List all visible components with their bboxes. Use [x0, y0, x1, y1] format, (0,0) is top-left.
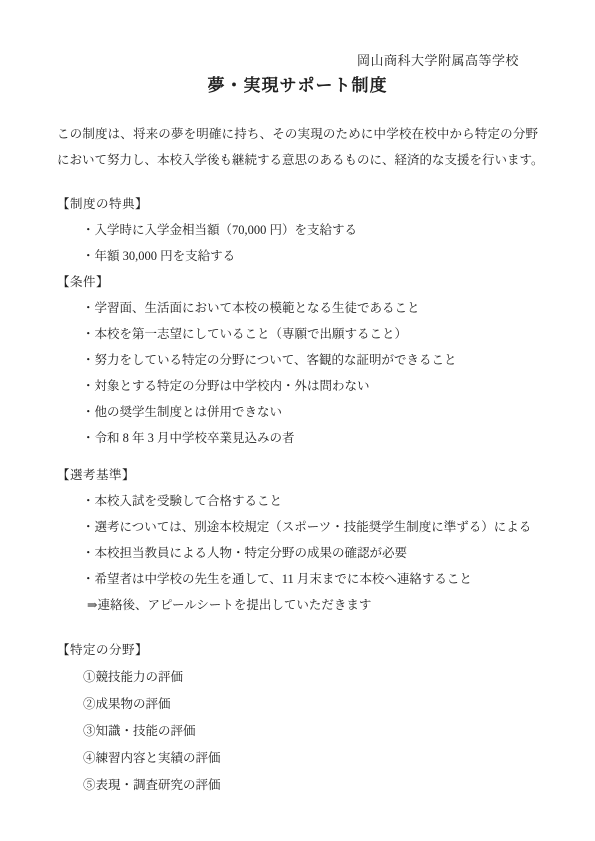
selection-item: ・希望者は中学校の先生を通して、11 月末までに本校へ連絡すること	[57, 566, 557, 592]
fields-item: ①競技能力の評価	[57, 664, 557, 691]
conditions-item: ・努力をしている特定の分野について、客観的な証明ができること	[57, 347, 557, 373]
section-benefits-and-conditions: 【制度の特典】 ・入学時に入学金相当額（70,000 円）を支給する ・年額 3…	[57, 191, 557, 451]
header-school-name: 岡山商科大学附属高等学校	[357, 50, 519, 69]
conditions-item: ・他の奨学生制度とは併用できない	[57, 399, 557, 425]
selection-item: ・本校入試を受験して合格すること	[57, 488, 557, 514]
section-heading-conditions: 【条件】	[57, 269, 557, 295]
section-heading-fields: 【特定の分野】	[57, 637, 557, 664]
section-specific-fields: 【特定の分野】 ①競技能力の評価 ②成果物の評価 ③知識・技能の評価 ④練習内容…	[57, 637, 557, 799]
section-selection-criteria: 【選考基準】 ・本校入試を受験して合格すること ・選考については、別途本校規定（…	[57, 462, 557, 618]
document-page: 岡山商科大学附属高等学校 夢・実現サポート制度 この制度は、将来の夢を明確に持ち…	[0, 0, 595, 841]
intro-line-1: この制度は、将来の夢を明確に持ち、その実現のために中学校在校中から特定の分野	[57, 121, 538, 147]
benefits-item: ・年額 30,000 円を支給する	[57, 243, 557, 269]
selection-followup-note: ⇒連絡後、アピールシートを提出していただきます	[57, 592, 557, 618]
document-title: 夢・実現サポート制度	[0, 71, 595, 96]
conditions-item: ・本校を第一志望にしていること（専願で出願すること）	[57, 321, 557, 347]
intro-paragraph: この制度は、将来の夢を明確に持ち、その実現のために中学校在校中から特定の分野 に…	[57, 121, 538, 173]
fields-item: ②成果物の評価	[57, 691, 557, 718]
section-heading-benefits: 【制度の特典】	[57, 191, 557, 217]
conditions-item: ・令和 8 年 3 月中学校卒業見込みの者	[57, 425, 557, 451]
selection-item: ・本校担当教員による人物・特定分野の成果の確認が必要	[57, 540, 557, 566]
conditions-item: ・学習面、生活面において本校の模範となる生徒であること	[57, 295, 557, 321]
selection-item: ・選考については、別途本校規定（スポーツ・技能奨学生制度に準ずる）による	[57, 514, 557, 540]
benefits-item: ・入学時に入学金相当額（70,000 円）を支給する	[57, 217, 557, 243]
fields-item: ③知識・技能の評価	[57, 718, 557, 745]
fields-item: ⑤表現・調査研究の評価	[57, 772, 557, 799]
fields-item: ④練習内容と実績の評価	[57, 745, 557, 772]
section-heading-selection: 【選考基準】	[57, 462, 557, 488]
conditions-item: ・対象とする特定の分野は中学校内・外は問わない	[57, 373, 557, 399]
intro-line-2: において努力し、本校入学後も継続する意思のあるものに、経済的な支援を行います。	[57, 147, 538, 173]
